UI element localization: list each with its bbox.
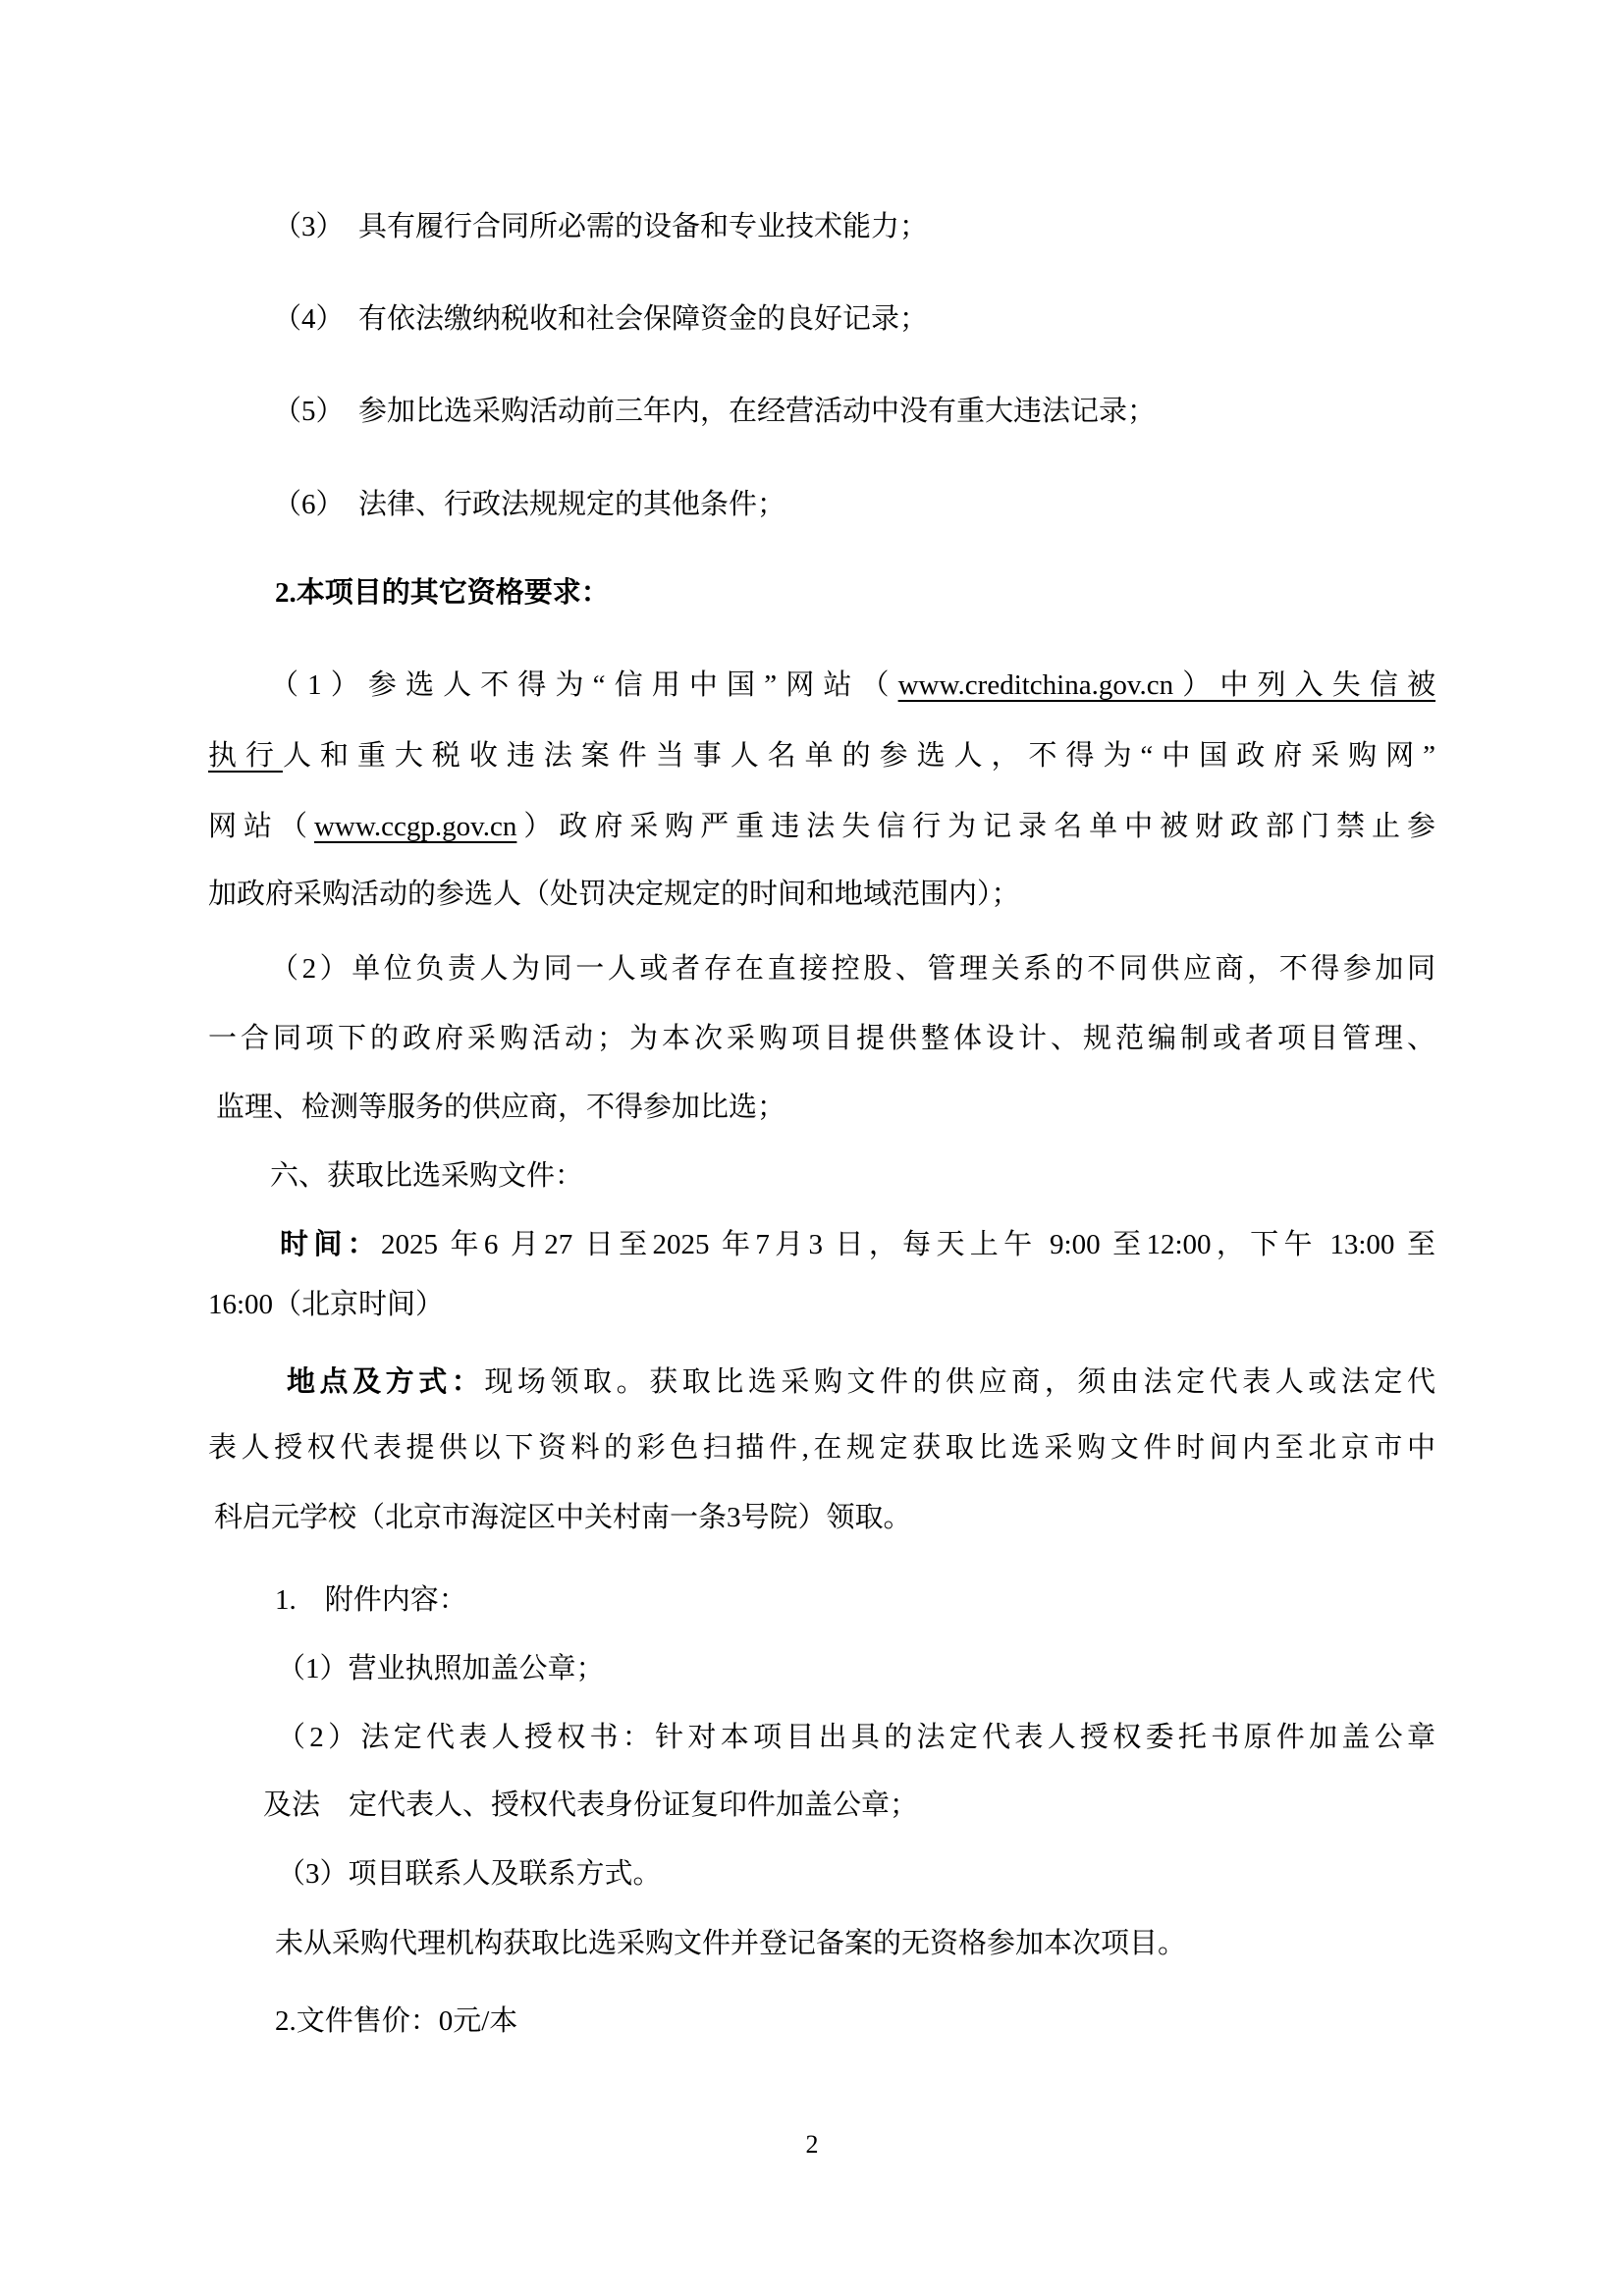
para1-line4: 加政府采购活动的参选人（处罚决定规定的时间和地域范围内）； (208, 876, 1020, 913)
ccgp-url: www.ccgp.gov.cn (314, 811, 516, 842)
para1-line2-text: 人和重大税收违法案件当事人名单的参选人，不得为“中国政府采购网” (283, 740, 1435, 772)
time-line2: 16:00（北京时间） (208, 1286, 444, 1323)
attachment-item-2-line2: 及法 定代表人、授权代表身份证复印件加盖公章； (263, 1787, 918, 1824)
section6-heading: 六、获取比选采购文件： (270, 1157, 583, 1195)
place-line3: 科启元学校（北京市海淀区中关村南一条3号院）领取。 (214, 1499, 912, 1536)
creditchina-url: www.creditchina.gov.cn）中列入失信被 (898, 669, 1435, 701)
time-line1: 时间：2025 年6 月27 日至2025 年7月3 日，每天上午 9:00 至… (208, 1226, 1435, 1263)
attachment-item-1: （1）营业执照加盖公章； (277, 1650, 605, 1687)
place-value: 现场领取。获取比选采购文件的供应商，须由法定代表人或法定代 (484, 1366, 1435, 1398)
para1-line1: （1）参选人不得为“信用中国”网站（www.creditchina.gov.cn… (208, 667, 1435, 704)
document-price: 2.文件售价：0元/本 (275, 2002, 517, 2040)
para2-line1: （2）单位负责人为同一人或者存在直接控股、管理关系的不同供应商，不得参加同 (208, 950, 1435, 988)
attachments-heading: 1. 附件内容： (275, 1581, 467, 1619)
place-line1: 地点及方式：现场领取。获取比选采购文件的供应商，须由法定代表人或法定代 (208, 1363, 1435, 1401)
registration-note: 未从采购代理机构获取比选采购文件并登记备案的无资格参加本次项目。 (275, 1925, 1186, 1962)
qualification-item-5: （5） 参加比选采购活动前三年内，在经营活动中没有重大违法记录； (273, 393, 1156, 430)
para1-line3-pre: 网站（ (208, 811, 314, 842)
document-page: （3） 具有履行合同所必需的设备和专业技术能力； （4） 有依法缴纳税收和社会保… (0, 0, 1624, 2296)
qualification-item-3: （3） 具有履行合同所必需的设备和专业技术能力； (273, 208, 928, 245)
para1-line2-underlined: 执行 (208, 740, 283, 772)
para1-line3: 网站（www.ccgp.gov.cn）政府采购严重违法失信行为记录名单中被财政部… (208, 808, 1435, 845)
other-requirements-heading: 2.本项目的其它资格要求： (275, 574, 610, 612)
attachment-item-2-line1: （2）法定代表人授权书：针对本项目出具的法定代表人授权委托书原件加盖公章 (208, 1719, 1435, 1756)
time-label: 时间： (280, 1229, 381, 1260)
place-line2: 表人授权代表提供以下资料的彩色扫描件,在规定获取比选采购文件时间内至北京市中 (208, 1429, 1435, 1467)
qualification-item-6: （6） 法律、行政法规规定的其他条件； (273, 486, 785, 523)
qualification-item-4: （4） 有依法缴纳税收和社会保障资金的良好记录； (273, 300, 928, 338)
para1-line2: 执行人和重大税收违法案件当事人名单的参选人，不得为“中国政府采购网” (208, 737, 1435, 774)
time-value: 2025 年6 月27 日至2025 年7月3 日，每天上午 9:00 至12:… (381, 1229, 1435, 1260)
attachment-item-3: （3）项目联系人及联系方式。 (277, 1855, 662, 1893)
place-label: 地点及方式： (287, 1366, 484, 1398)
para1-line1-text: （1）参选人不得为“信用中国”网站（ (270, 669, 898, 701)
para2-line3: 监理、检测等服务的供应商，不得参加比选； (216, 1089, 785, 1126)
page-footer-number: 2 (0, 2128, 1624, 2162)
para1-line3-text: ）政府采购严重违法失信行为记录名单中被财政部门禁止参 (516, 811, 1435, 842)
para2-line2: 一合同项下的政府采购活动；为本次采购项目提供整体设计、规范编制或者项目管理、 (208, 1020, 1435, 1057)
